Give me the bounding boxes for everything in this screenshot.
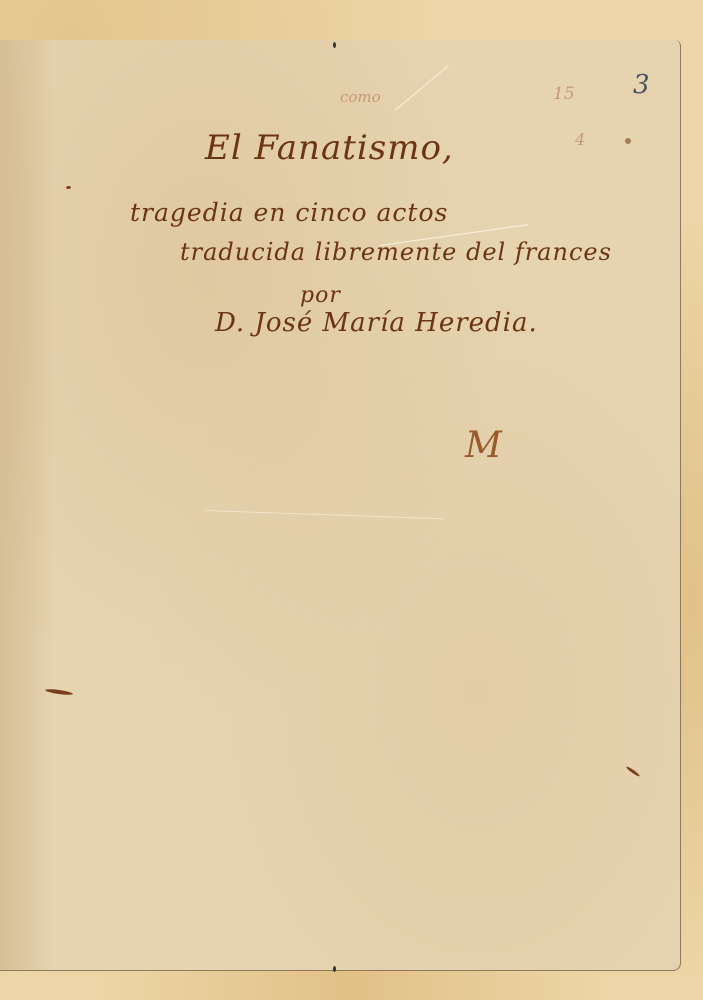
subtitle: tragedia en cinco actos (130, 198, 448, 227)
monogram: M (465, 425, 503, 466)
author-name: D. José María Heredia. (215, 308, 538, 338)
margin-mark-1: 15 (553, 84, 575, 104)
ink-speck (66, 186, 71, 189)
ink-speck (333, 42, 336, 48)
page-number: 3 (633, 70, 650, 100)
title: El Fanatismo, (205, 128, 454, 168)
pencil-annotation: como (340, 88, 381, 106)
manuscript-sheet (0, 40, 681, 971)
ink-speck (625, 138, 631, 144)
margin-mark-2: 4 (575, 130, 585, 149)
ink-speck (333, 966, 336, 972)
translation-note: traducida libremente del frances (180, 238, 612, 266)
by-line: por (300, 283, 341, 308)
